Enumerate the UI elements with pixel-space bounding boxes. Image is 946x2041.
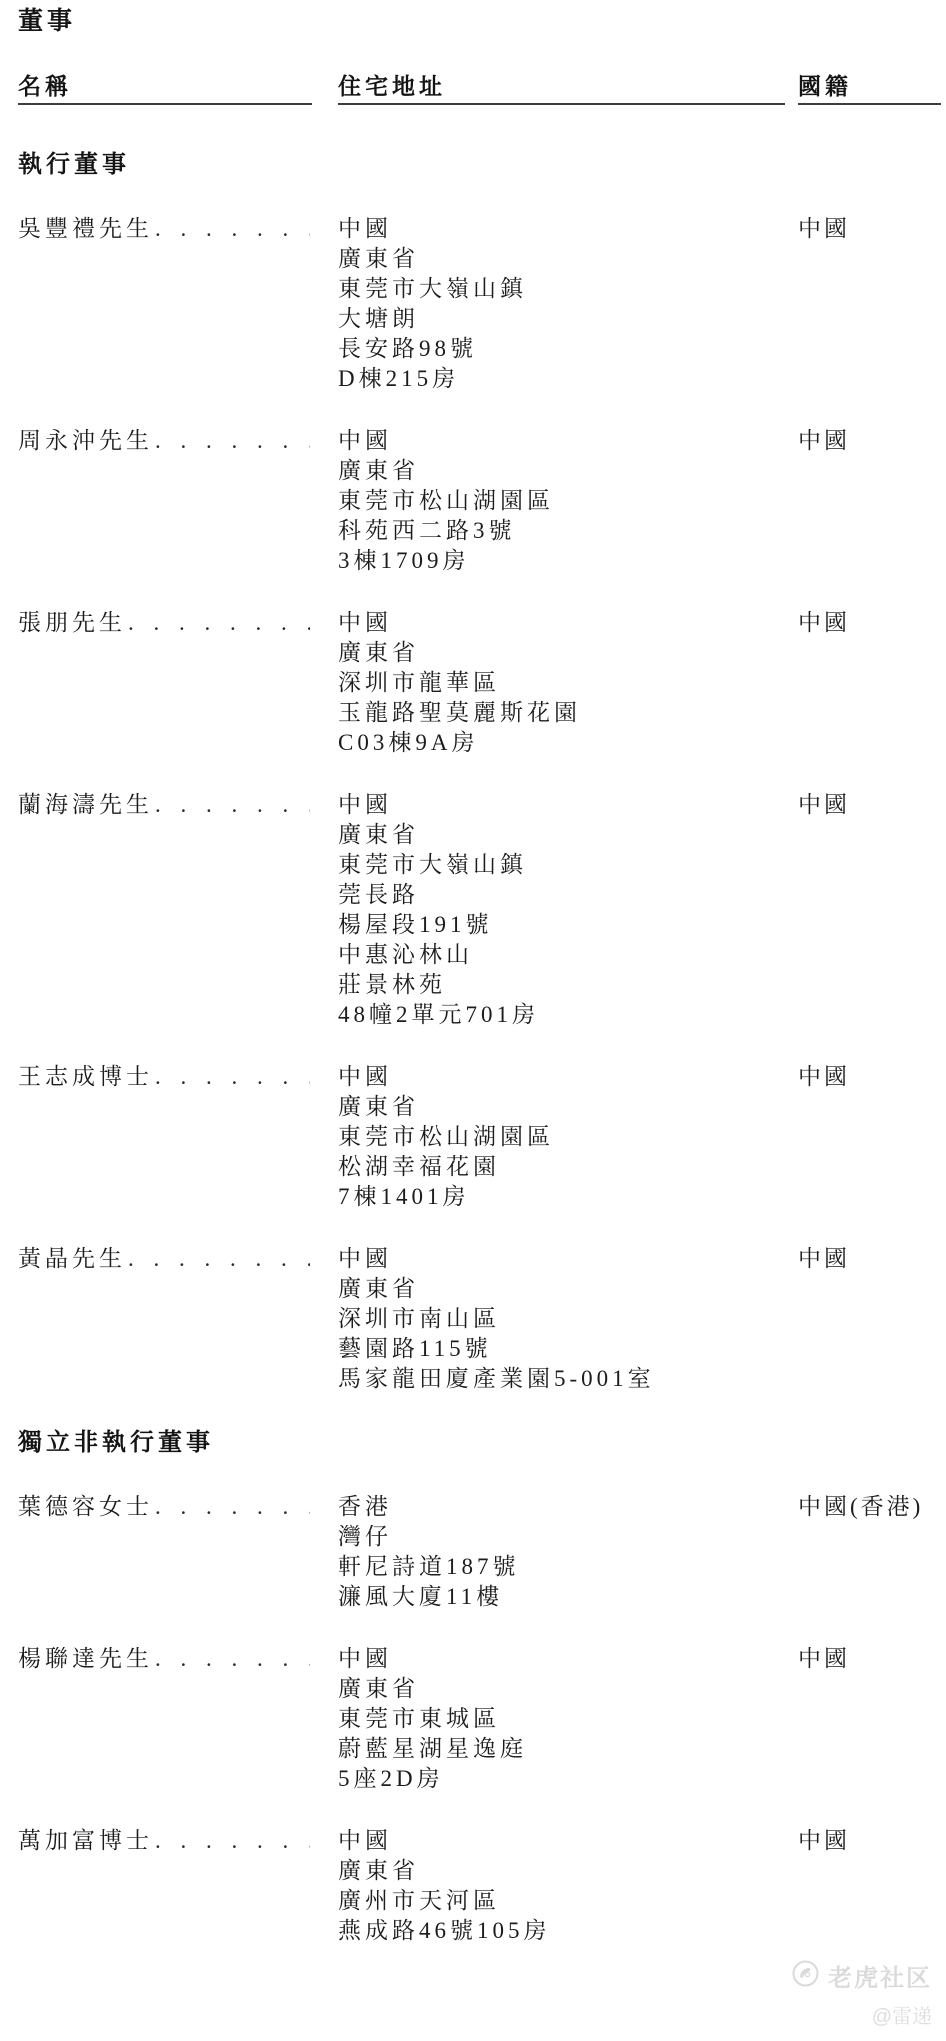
address-line: 廣東省: [338, 1856, 798, 1886]
tiger-circle-icon: [792, 1960, 819, 1992]
address-line: 48幢2單元701房: [338, 1000, 798, 1030]
director-address-cell: 中國廣東省東莞市東城區蔚藍星湖星逸庭5座2D房: [338, 1644, 798, 1794]
director-name: 黃晶先生: [18, 1244, 126, 1274]
director-nationality: 中國: [798, 608, 946, 758]
watermark-handle-text: @雷递: [792, 2000, 932, 2029]
address-line: C03棟9A房: [338, 728, 798, 758]
address-line: 楊屋段191號: [338, 910, 798, 940]
director-row: 萬加富博士 . . . . . . . . . . . . . . . . . …: [18, 1826, 946, 1946]
director-row: 楊聯達先生 . . . . . . . . . . . . . . . . . …: [18, 1644, 946, 1794]
director-name: 萬加富博士: [18, 1826, 153, 1856]
watermark-top-row: 老虎社区: [792, 1958, 932, 1993]
address-line: 軒尼詩道187號: [338, 1552, 798, 1582]
column-header-address: 住宅地址: [338, 72, 785, 105]
address-line: 7棟1401房: [338, 1182, 798, 1212]
director-name-cell: 萬加富博士 . . . . . . . . . . . . . . . . . …: [18, 1826, 338, 1946]
address-line: 玉龍路聖莫麗斯花園: [338, 698, 798, 728]
director-address-cell: 中國廣東省廣州市天河區燕成路46號105房: [338, 1826, 798, 1946]
director-row: 王志成博士 . . . . . . . . . . . . . . . . . …: [18, 1062, 946, 1212]
director-address-cell: 香港灣仔軒尼詩道187號濂風大廈11樓: [338, 1492, 798, 1612]
director-nationality: 中國(香港): [798, 1492, 946, 1612]
director-row: 蘭海濤先生 . . . . . . . . . . . . . . . . . …: [18, 790, 946, 1030]
director-nationality: 中國: [798, 1244, 946, 1394]
address-line: 深圳市龍華區: [338, 668, 798, 698]
address-line: 5座2D房: [338, 1764, 798, 1794]
section-label: 獨立非執行董事: [18, 1428, 946, 1458]
section-rows: 葉德容女士 . . . . . . . . . . . . . . . . . …: [18, 1492, 946, 1946]
watermark-brand-text: 老虎社区: [828, 1958, 932, 1993]
director-name: 王志成博士: [18, 1062, 153, 1092]
address-line: 廣東省: [338, 1674, 798, 1704]
address-line: 廣東省: [338, 820, 798, 850]
director-row: 張朋先生 . . . . . . . . . . . . . . . . . .…: [18, 608, 946, 758]
dot-leader: . . . . . . . . . . . . . . . . . . . . …: [155, 1062, 310, 1092]
address-line: 莞長路: [338, 880, 798, 910]
director-address-cell: 中國廣東省東莞市大嶺山鎮莞長路楊屋段191號中惠沁林山莊景林苑48幢2單元701…: [338, 790, 798, 1030]
director-nationality: 中國: [798, 214, 946, 394]
address-line: 科苑西二路3號: [338, 516, 798, 546]
director-row: 黃晶先生 . . . . . . . . . . . . . . . . . .…: [18, 1244, 946, 1394]
page-title: 董事: [18, 6, 946, 36]
director-address-cell: 中國廣東省深圳市南山區藝園路115號馬家龍田廈產業園5-001室: [338, 1244, 798, 1394]
directors-table-body: 執行董事 吳豐禮先生 . . . . . . . . . . . . . . .…: [18, 150, 946, 1946]
dot-leader: . . . . . . . . . . . . . . . . . . . . …: [155, 1492, 310, 1522]
address-line: 中國: [338, 1062, 798, 1092]
address-line: 東莞市松山湖園區: [338, 486, 798, 516]
director-name: 張朋先生: [18, 608, 126, 638]
section-label: 執行董事: [18, 150, 946, 180]
address-line: 東莞市大嶺山鎮: [338, 274, 798, 304]
dot-leader: . . . . . . . . . . . . . . . . . . . . …: [155, 426, 310, 456]
address-line: 中國: [338, 608, 798, 638]
director-section: 執行董事 吳豐禮先生 . . . . . . . . . . . . . . .…: [18, 150, 946, 1394]
dot-leader: . . . . . . . . . . . . . . . . . . . . …: [128, 1244, 310, 1274]
director-name-cell: 張朋先生 . . . . . . . . . . . . . . . . . .…: [18, 608, 338, 758]
address-line: 大塘朗: [338, 304, 798, 334]
address-line: 東莞市松山湖園區: [338, 1122, 798, 1152]
dot-leader: . . . . . . . . . . . . . . . . . . . . …: [155, 790, 310, 820]
address-line: 中惠沁林山: [338, 940, 798, 970]
address-line: 灣仔: [338, 1522, 798, 1552]
director-name: 周永沖先生: [18, 426, 153, 456]
address-line: 中國: [338, 1644, 798, 1674]
address-line: 長安路98號: [338, 334, 798, 364]
watermark: 老虎社区 @雷递: [792, 1958, 932, 2029]
address-line: 藝園路115號: [338, 1334, 798, 1364]
director-name: 吳豐禮先生: [18, 214, 153, 244]
section-rows: 吳豐禮先生 . . . . . . . . . . . . . . . . . …: [18, 214, 946, 1394]
address-line: 東莞市東城區: [338, 1704, 798, 1734]
director-name-cell: 周永沖先生 . . . . . . . . . . . . . . . . . …: [18, 426, 338, 576]
address-line: 廣東省: [338, 244, 798, 274]
director-name-cell: 楊聯達先生 . . . . . . . . . . . . . . . . . …: [18, 1644, 338, 1794]
address-line: 馬家龍田廈產業園5-001室: [338, 1364, 798, 1394]
director-nationality: 中國: [798, 1644, 946, 1794]
address-line: 3棟1709房: [338, 546, 798, 576]
address-line: 深圳市南山區: [338, 1304, 798, 1334]
address-line: 中國: [338, 790, 798, 820]
director-name-cell: 葉德容女士 . . . . . . . . . . . . . . . . . …: [18, 1492, 338, 1612]
director-row: 周永沖先生 . . . . . . . . . . . . . . . . . …: [18, 426, 946, 576]
dot-leader: . . . . . . . . . . . . . . . . . . . . …: [155, 1644, 310, 1674]
director-address-cell: 中國廣東省東莞市大嶺山鎮大塘朗長安路98號D棟215房: [338, 214, 798, 394]
director-address-cell: 中國廣東省東莞市松山湖園區科苑西二路3號3棟1709房: [338, 426, 798, 576]
address-line: 香港: [338, 1492, 798, 1522]
address-line: 廣東省: [338, 638, 798, 668]
address-line: 廣東省: [338, 456, 798, 486]
director-nationality: 中國: [798, 1062, 946, 1212]
address-line: 松湖幸福花園: [338, 1152, 798, 1182]
dot-leader: . . . . . . . . . . . . . . . . . . . . …: [155, 214, 310, 244]
table-header-row: 名稱 住宅地址 國籍: [18, 72, 946, 105]
director-name-cell: 王志成博士 . . . . . . . . . . . . . . . . . …: [18, 1062, 338, 1212]
director-row: 葉德容女士 . . . . . . . . . . . . . . . . . …: [18, 1492, 946, 1612]
director-name: 楊聯達先生: [18, 1644, 153, 1674]
director-name: 葉德容女士: [18, 1492, 153, 1522]
director-nationality: 中國: [798, 426, 946, 576]
address-line: D棟215房: [338, 364, 798, 394]
director-nationality: 中國: [798, 790, 946, 1030]
address-line: 燕成路46號105房: [338, 1916, 798, 1946]
column-header-nationality: 國籍: [798, 72, 941, 105]
address-line: 中國: [338, 1244, 798, 1274]
director-section: 獨立非執行董事 葉德容女士 . . . . . . . . . . . . . …: [18, 1428, 946, 1946]
director-name-cell: 吳豐禮先生 . . . . . . . . . . . . . . . . . …: [18, 214, 338, 394]
address-line: 中國: [338, 426, 798, 456]
address-line: 廣東省: [338, 1274, 798, 1304]
column-header-name: 名稱: [18, 72, 312, 105]
address-line: 蔚藍星湖星逸庭: [338, 1734, 798, 1764]
prospectus-directors-page: 董事 名稱 住宅地址 國籍 執行董事 吳豐禮先生 . . . . . . . .…: [0, 0, 946, 2041]
director-name-cell: 黃晶先生 . . . . . . . . . . . . . . . . . .…: [18, 1244, 338, 1394]
director-name-cell: 蘭海濤先生 . . . . . . . . . . . . . . . . . …: [18, 790, 338, 1030]
director-address-cell: 中國廣東省深圳市龍華區玉龍路聖莫麗斯花園C03棟9A房: [338, 608, 798, 758]
director-address-cell: 中國廣東省東莞市松山湖園區松湖幸福花園7棟1401房: [338, 1062, 798, 1212]
address-line: 中國: [338, 1826, 798, 1856]
address-line: 中國: [338, 214, 798, 244]
dot-leader: . . . . . . . . . . . . . . . . . . . . …: [155, 1826, 310, 1856]
dot-leader: . . . . . . . . . . . . . . . . . . . . …: [128, 608, 310, 638]
address-line: 廣州市天河區: [338, 1886, 798, 1916]
address-line: 莊景林苑: [338, 970, 798, 1000]
director-row: 吳豐禮先生 . . . . . . . . . . . . . . . . . …: [18, 214, 946, 394]
address-line: 廣東省: [338, 1092, 798, 1122]
address-line: 東莞市大嶺山鎮: [338, 850, 798, 880]
director-name: 蘭海濤先生: [18, 790, 153, 820]
address-line: 濂風大廈11樓: [338, 1582, 798, 1612]
director-nationality: 中國: [798, 1826, 946, 1946]
